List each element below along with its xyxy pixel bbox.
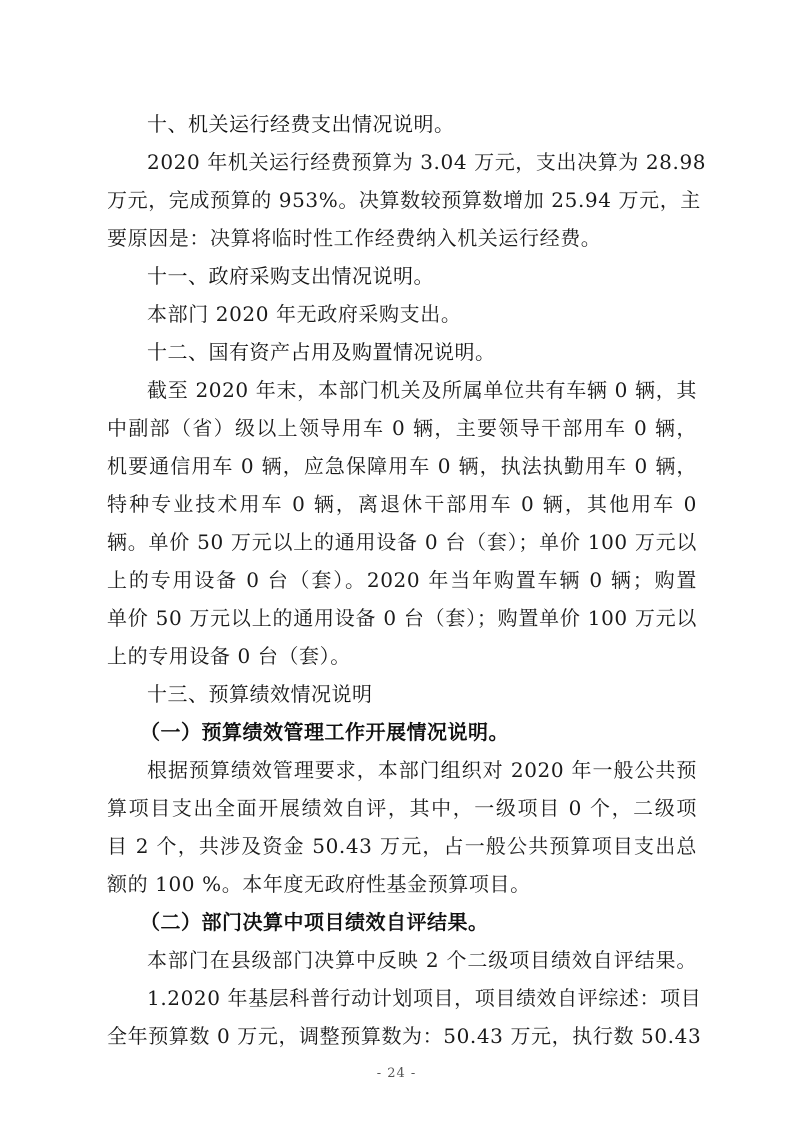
paragraph-line: 单价 50 万元以上的通用设备 0 台（套）；购置单价 100 万元以 bbox=[107, 606, 697, 630]
paragraph-line: 中副部（省）级以上领导用车 0 辆，主要领导干部用车 0 辆， bbox=[107, 416, 697, 440]
paragraph-line: 机要通信用车 0 辆，应急保障用车 0 辆，执法执勤用车 0 辆， bbox=[107, 454, 697, 478]
paragraph-line: 特种专业技术用车 0 辆，离退休干部用车 0 辆，其他用车 0 bbox=[107, 492, 697, 516]
paragraph-line: 本部门在县级部门决算中反映 2 个二级项目绩效自评结果。 bbox=[147, 948, 697, 972]
subsection-heading-1: （一）预算绩效管理工作开展情况说明。 bbox=[140, 720, 730, 744]
section-heading-10: 十、机关运行经费支出情况说明。 bbox=[147, 112, 737, 136]
subsection-heading-2: （二）部门决算中项目绩效自评结果。 bbox=[140, 910, 730, 934]
paragraph-line: 截至 2020 年末，本部门机关及所属单位共有车辆 0 辆，其 bbox=[147, 378, 697, 402]
document-page: 十、机关运行经费支出情况说明。 2020 年机关运行经费预算为 3.04 万元，… bbox=[0, 0, 793, 1122]
paragraph-line: 算项目支出全面开展绩效自评，其中，一级项目 0 个，二级项 bbox=[107, 796, 697, 820]
section-heading-12: 十二、国有资产占用及购置情况说明。 bbox=[147, 340, 737, 364]
paragraph-line: 2020 年机关运行经费预算为 3.04 万元，支出决算为 28.98 bbox=[147, 150, 697, 174]
paragraph-line: 本部门 2020 年无政府采购支出。 bbox=[147, 302, 737, 326]
section-heading-13: 十三、预算绩效情况说明 bbox=[147, 682, 737, 706]
paragraph-line: 万元，完成预算的 953%。决算数较预算数增加 25.94 万元，主 bbox=[107, 188, 697, 212]
section-heading-11: 十一、政府采购支出情况说明。 bbox=[147, 264, 737, 288]
paragraph-line: 根据预算绩效管理要求，本部门组织对 2020 年一般公共预 bbox=[147, 758, 697, 782]
paragraph-line: 上的专用设备 0 台（套）。 bbox=[107, 644, 697, 668]
paragraph-line: 全年预算数 0 万元，调整预算数为：50.43 万元，执行数 50.43 bbox=[107, 1024, 697, 1048]
paragraph-line: 要原因是：决算将临时性工作经费纳入机关运行经费。 bbox=[107, 226, 697, 250]
paragraph-line: 1.2020 年基层科普行动计划项目，项目绩效自评综述：项目 bbox=[147, 986, 697, 1010]
page-number: - 24 - bbox=[0, 1066, 793, 1081]
paragraph-line: 辆。单价 50 万元以上的通用设备 0 台（套）；单价 100 万元以 bbox=[107, 530, 697, 554]
paragraph-line: 上的专用设备 0 台（套）。2020 年当年购置车辆 0 辆；购置 bbox=[107, 568, 697, 592]
paragraph-line: 额的 100 %。本年度无政府性基金预算项目。 bbox=[107, 872, 697, 896]
paragraph-line: 目 2 个，共涉及资金 50.43 万元，占一般公共预算项目支出总 bbox=[107, 834, 697, 858]
